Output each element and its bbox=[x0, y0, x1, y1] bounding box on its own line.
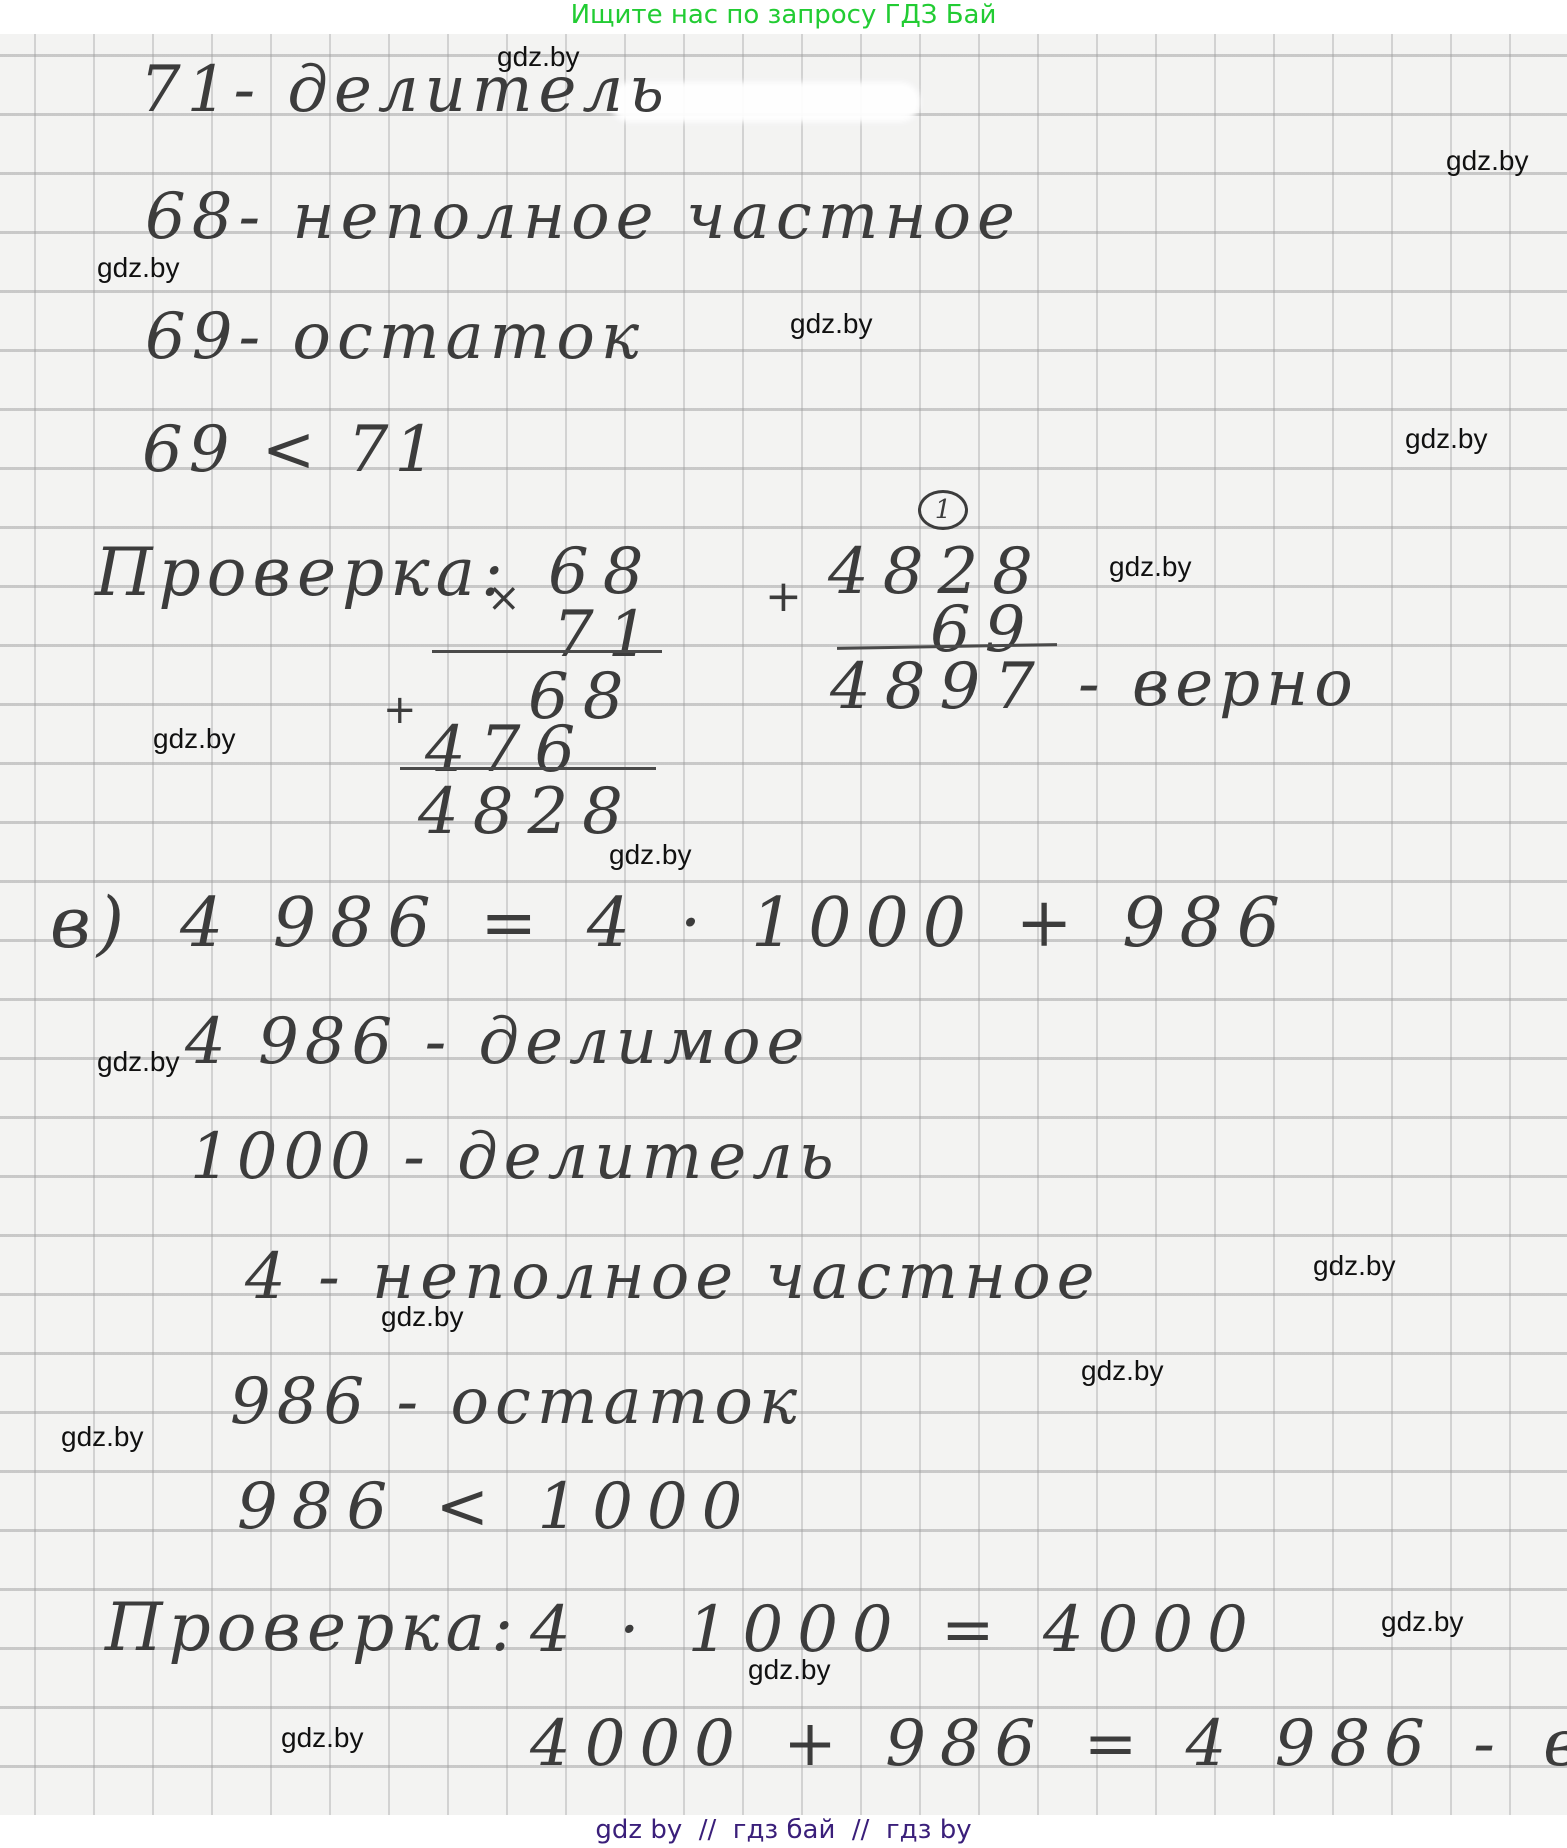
check-line-1: 4 · 1000 = 4000 bbox=[530, 1598, 1262, 1662]
check-label-b: Проверка: bbox=[95, 540, 509, 606]
check-label-v: Проверка: bbox=[105, 1595, 519, 1661]
inequality-v: 986 < 1000 bbox=[237, 1475, 756, 1539]
multiplication-rule bbox=[432, 650, 662, 653]
line-remainder: 69- остаток bbox=[145, 305, 645, 369]
equation-v: 4 986 = 4 · 1000 + 986 bbox=[180, 890, 1294, 958]
multiplicand: 68 bbox=[548, 540, 657, 604]
watermark: gdz.by bbox=[1381, 1608, 1464, 1636]
watermark: gdz.by bbox=[153, 725, 236, 753]
watermark: gdz.by bbox=[748, 1656, 831, 1684]
line-dividend: 4 986 - делимое bbox=[185, 1010, 810, 1074]
partial-product-2: 476 bbox=[425, 718, 589, 782]
check-line-2: 4000 + 986 = 4 986 - верно bbox=[530, 1712, 1567, 1776]
verdict-b: - верно bbox=[1078, 652, 1359, 716]
sum: 4897 bbox=[830, 655, 1049, 719]
product: 4828 bbox=[418, 780, 637, 844]
line-divisor-v: 1000 - делитель bbox=[190, 1125, 840, 1189]
top-banner: Ищите нас по запросу ГДЗ Бай bbox=[0, 0, 1567, 34]
bottom-banner-text: gdz by // гдз бай // гдз by bbox=[595, 1815, 971, 1845]
multiply-sign: × bbox=[487, 578, 521, 618]
plus-sign-addition: + bbox=[765, 575, 802, 619]
inequality-b: 69 < 71 bbox=[142, 418, 441, 482]
watermark: gdz.by bbox=[1313, 1252, 1396, 1280]
carry-digit: 1 bbox=[918, 490, 968, 530]
section-label-v: в) bbox=[50, 888, 130, 958]
line-partial-quotient-v: 4 - неполное частное bbox=[245, 1245, 1101, 1309]
line-remainder-v: 986 - остаток bbox=[230, 1370, 803, 1434]
watermark: gdz.by bbox=[281, 1724, 364, 1752]
line-partial-quotient: 68- неполное частное bbox=[145, 185, 1021, 249]
watermark: gdz.by bbox=[1081, 1357, 1164, 1385]
watermark: gdz.by bbox=[61, 1423, 144, 1451]
watermark: gdz.by bbox=[1109, 553, 1192, 581]
line-divisor: 71- делитель bbox=[140, 58, 670, 122]
watermark: gdz.by bbox=[609, 841, 692, 869]
multiplier: 71 bbox=[553, 603, 662, 667]
watermark: gdz.by bbox=[1446, 147, 1529, 175]
watermark: gdz.by bbox=[381, 1303, 464, 1331]
plus-sign-partial: + bbox=[383, 690, 417, 730]
watermark: gdz.by bbox=[497, 43, 580, 71]
watermark: gdz.by bbox=[97, 254, 180, 282]
watermark: gdz.by bbox=[1405, 425, 1488, 453]
bottom-banner: gdz by // гдз бай // гдз by bbox=[0, 1815, 1567, 1848]
watermark: gdz.by bbox=[790, 310, 873, 338]
product-rule bbox=[400, 767, 656, 770]
watermark: gdz.by bbox=[97, 1048, 180, 1076]
top-banner-text: Ищите нас по запросу ГДЗ Бай bbox=[571, 0, 997, 30]
